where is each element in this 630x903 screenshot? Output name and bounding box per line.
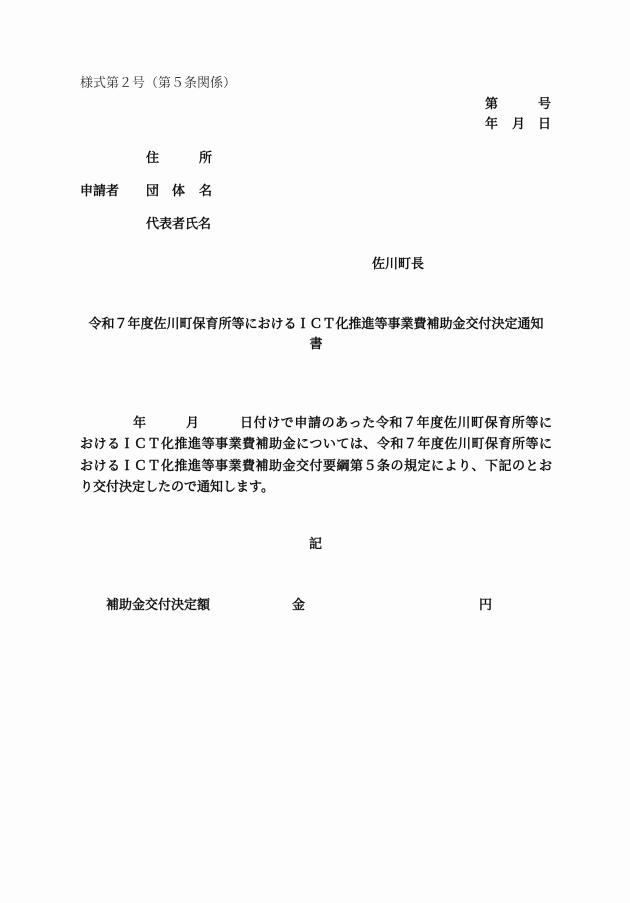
reference-number-suffix: 号	[538, 93, 551, 112]
body-line-4: り交付決定したので通知します。	[80, 476, 274, 495]
applicant-label: 申請者	[80, 180, 119, 199]
body-month-label: 月	[186, 412, 199, 431]
ki-heading: 記	[309, 533, 322, 552]
org-label-3: 名	[199, 180, 212, 199]
reference-number-prefix: 第	[485, 93, 498, 112]
body-line-1: 日付けで申請のあった令和７年度佐川町保育所等に	[240, 412, 552, 431]
address-label-1: 住	[146, 147, 159, 166]
address-label-2: 所	[199, 147, 212, 166]
document-page: 様式第２号（第５条関係） 第 号 年 月 日 住 所 申請者 団 体 名 代表者…	[0, 0, 630, 903]
form-label: 様式第２号（第５条関係）	[80, 72, 236, 91]
issuer-name: 佐川町長	[372, 253, 424, 272]
org-label-1: 団	[146, 180, 159, 199]
document-title-line-2: 書	[80, 333, 552, 352]
org-label-2: 体	[172, 180, 185, 199]
date-month: 月	[512, 113, 525, 132]
date-day: 日	[538, 113, 551, 132]
document-title-line-1: 令和７年度佐川町保育所等におけるＩＣＴ化推進等事業費補助金交付決定通知	[80, 313, 552, 332]
amount-prefix: 金	[292, 594, 305, 613]
representative-label: 代表者氏名	[146, 213, 211, 232]
amount-suffix: 円	[479, 594, 492, 613]
body-line-2: おけるＩＣＴ化推進等事業費補助金については、令和７年度佐川町保育所等に	[80, 433, 552, 452]
body-line-3: おけるＩＣＴ化推進等事業費補助金交付要綱第５条の規定により、下記のとお	[80, 455, 552, 474]
amount-label: 補助金交付決定額	[106, 594, 210, 613]
body-year-label: 年	[133, 412, 146, 431]
date-year: 年	[485, 113, 498, 132]
